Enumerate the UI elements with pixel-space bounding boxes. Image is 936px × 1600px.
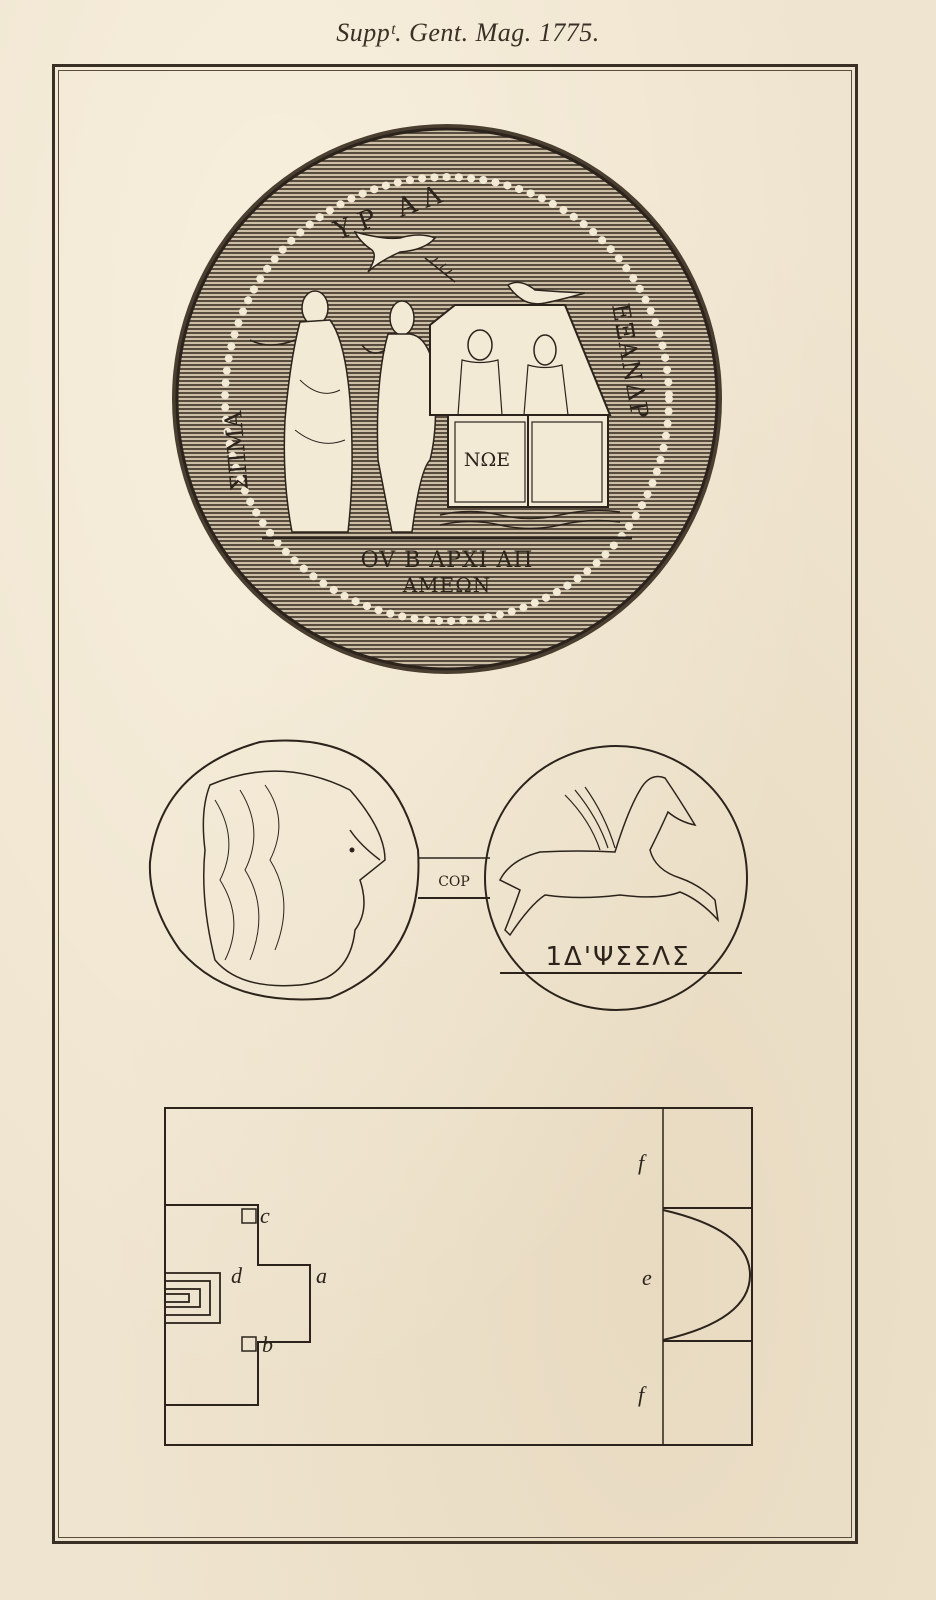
ark-label: NΩE: [464, 449, 510, 471]
plan-label-f-top: f: [638, 1150, 647, 1175]
plan-label-e: e: [642, 1265, 652, 1290]
plan-label-b: b: [262, 1332, 273, 1357]
plan-label-c: c: [260, 1203, 270, 1228]
cop-label: COP: [438, 874, 470, 890]
exergue-line-1: OV B APXI AΠ: [361, 548, 534, 573]
exergue-line-2: AMΕΩN: [402, 573, 492, 597]
plan-label-d: d: [231, 1263, 243, 1288]
plan-label-a: a: [316, 1263, 327, 1288]
plan-label-f-bottom: f: [638, 1382, 647, 1407]
reverse-inscription: 1Δ'ΨΣΣΛΣ: [545, 942, 690, 972]
floor-plan: [165, 1108, 752, 1445]
engraving-artwork: NΩE OV B APXI AΠ AMΕΩN ΣΠΜΑ ΥΡ ΑΛ ΕΞΑΝΔΡ…: [0, 0, 936, 1600]
obverse-coin: [150, 741, 419, 1000]
